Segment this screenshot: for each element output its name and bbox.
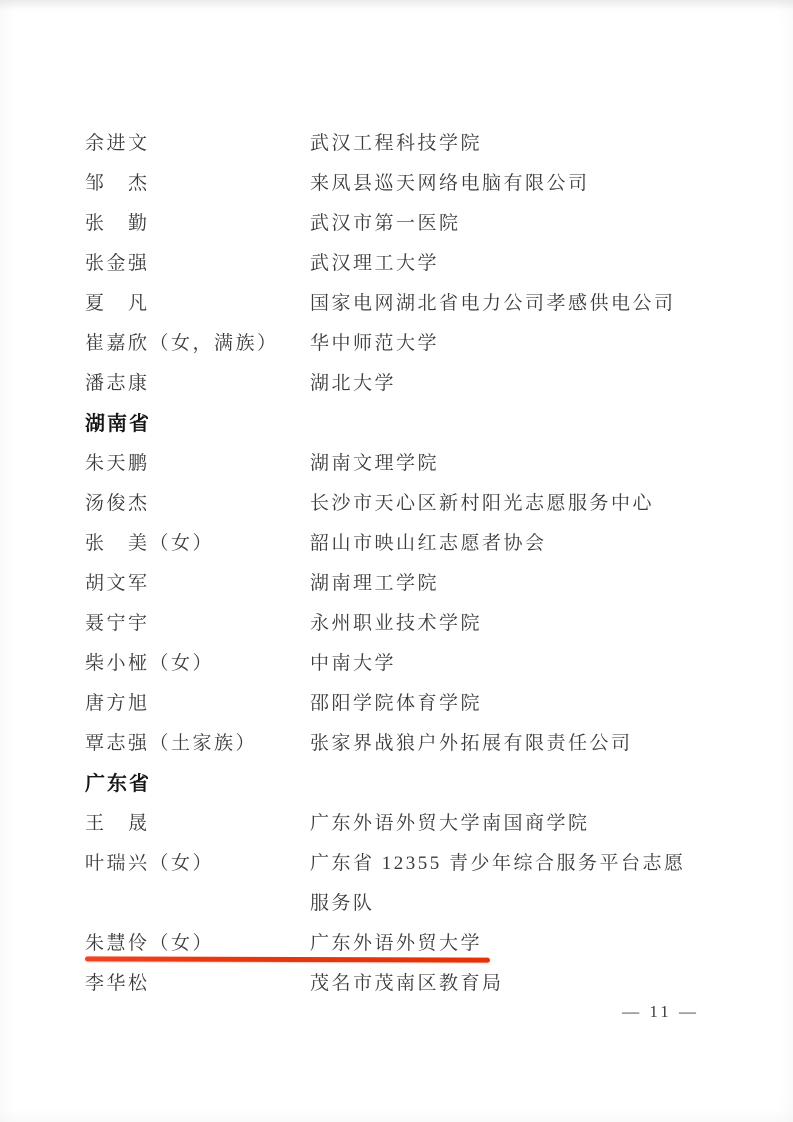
person-name: 邹 杰 bbox=[85, 164, 310, 204]
roster-row: 朱慧伶（女）广东外语外贸大学 bbox=[85, 924, 733, 964]
person-name: 崔嘉欣（女，满族） bbox=[85, 324, 310, 364]
person-name: 王 晟 bbox=[85, 804, 310, 844]
province-header: 湖南省 bbox=[85, 404, 733, 444]
roster-row: 朱天鹏湖南文理学院 bbox=[85, 444, 733, 484]
person-name: 张 勤 bbox=[85, 204, 310, 244]
roster-row: 崔嘉欣（女，满族）华中师范大学 bbox=[85, 324, 733, 364]
organization-name: 国家电网湖北省电力公司孝感供电公司 bbox=[310, 284, 696, 324]
organization-name: 茂名市茂南区教育局 bbox=[310, 964, 696, 1004]
person-name: 聂宁宇 bbox=[85, 604, 310, 644]
organization-name: 来凤县巡天网络电脑有限公司 bbox=[310, 164, 696, 204]
organization-name: 长沙市天心区新村阳光志愿服务中心 bbox=[310, 484, 696, 524]
organization-name: 湖北大学 bbox=[310, 364, 696, 404]
roster-row: 柴小桠（女）中南大学 bbox=[85, 644, 733, 684]
roster-row: 张 美（女）韶山市映山红志愿者协会 bbox=[85, 524, 733, 564]
roster-row: 唐方旭邵阳学院体育学院 bbox=[85, 684, 733, 724]
organization-name: 华中师范大学 bbox=[310, 324, 696, 364]
person-name: 胡文军 bbox=[85, 564, 310, 604]
roster-row: 张金强武汉理工大学 bbox=[85, 244, 733, 284]
roster-row: 覃志强（土家族）张家界战狼户外拓展有限责任公司 bbox=[85, 724, 733, 764]
roster-row: 潘志康湖北大学 bbox=[85, 364, 733, 404]
roster-row: 胡文军湖南理工学院 bbox=[85, 564, 733, 604]
document-page: 余进文武汉工程科技学院邹 杰来凤县巡天网络电脑有限公司张 勤武汉市第一医院张金强… bbox=[0, 0, 793, 1122]
organization-name: 永州职业技术学院 bbox=[310, 604, 696, 644]
organization-name: 武汉市第一医院 bbox=[310, 204, 696, 244]
organization-name: 邵阳学院体育学院 bbox=[310, 684, 696, 724]
person-name: 汤俊杰 bbox=[85, 484, 310, 524]
person-name: 朱天鹏 bbox=[85, 444, 310, 484]
person-name: 张金强 bbox=[85, 244, 310, 284]
roster-row: 张 勤武汉市第一医院 bbox=[85, 204, 733, 244]
roster-row: 聂宁宇永州职业技术学院 bbox=[85, 604, 733, 644]
roster-row: 叶瑞兴（女）广东省 12355 青少年综合服务平台志愿服务队 bbox=[85, 844, 733, 924]
person-name: 覃志强（土家族） bbox=[85, 724, 310, 764]
organization-name: 湖南理工学院 bbox=[310, 564, 696, 604]
person-name: 余进文 bbox=[85, 124, 310, 164]
person-name: 唐方旭 bbox=[85, 684, 310, 724]
person-name: 李华松 bbox=[85, 964, 310, 1004]
roster-row: 余进文武汉工程科技学院 bbox=[85, 124, 733, 164]
roster-row: 汤俊杰长沙市天心区新村阳光志愿服务中心 bbox=[85, 484, 733, 524]
roster-row: 李华松茂名市茂南区教育局 bbox=[85, 964, 733, 1004]
person-name: 夏 凡 bbox=[85, 284, 310, 324]
person-name: 柴小桠（女） bbox=[85, 644, 310, 684]
roster-list: 余进文武汉工程科技学院邹 杰来凤县巡天网络电脑有限公司张 勤武汉市第一医院张金强… bbox=[85, 124, 733, 1004]
roster-row: 夏 凡国家电网湖北省电力公司孝感供电公司 bbox=[85, 284, 733, 324]
roster-row: 王 晟广东外语外贸大学南国商学院 bbox=[85, 804, 733, 844]
organization-name: 中南大学 bbox=[310, 644, 696, 684]
organization-name: 湖南文理学院 bbox=[310, 444, 696, 484]
roster-row: 邹 杰来凤县巡天网络电脑有限公司 bbox=[85, 164, 733, 204]
organization-name: 广东外语外贸大学南国商学院 bbox=[310, 804, 696, 844]
organization-name: 武汉工程科技学院 bbox=[310, 124, 696, 164]
province-header: 广东省 bbox=[85, 764, 733, 804]
page-number: — 11 — bbox=[622, 1002, 699, 1022]
person-name: 叶瑞兴（女） bbox=[85, 844, 310, 884]
organization-name: 韶山市映山红志愿者协会 bbox=[310, 524, 696, 564]
organization-name: 武汉理工大学 bbox=[310, 244, 696, 284]
organization-name: 张家界战狼户外拓展有限责任公司 bbox=[310, 724, 696, 764]
person-name: 张 美（女） bbox=[85, 524, 310, 564]
person-name: 潘志康 bbox=[85, 364, 310, 404]
organization-name: 广东省 12355 青少年综合服务平台志愿服务队 bbox=[310, 844, 696, 924]
